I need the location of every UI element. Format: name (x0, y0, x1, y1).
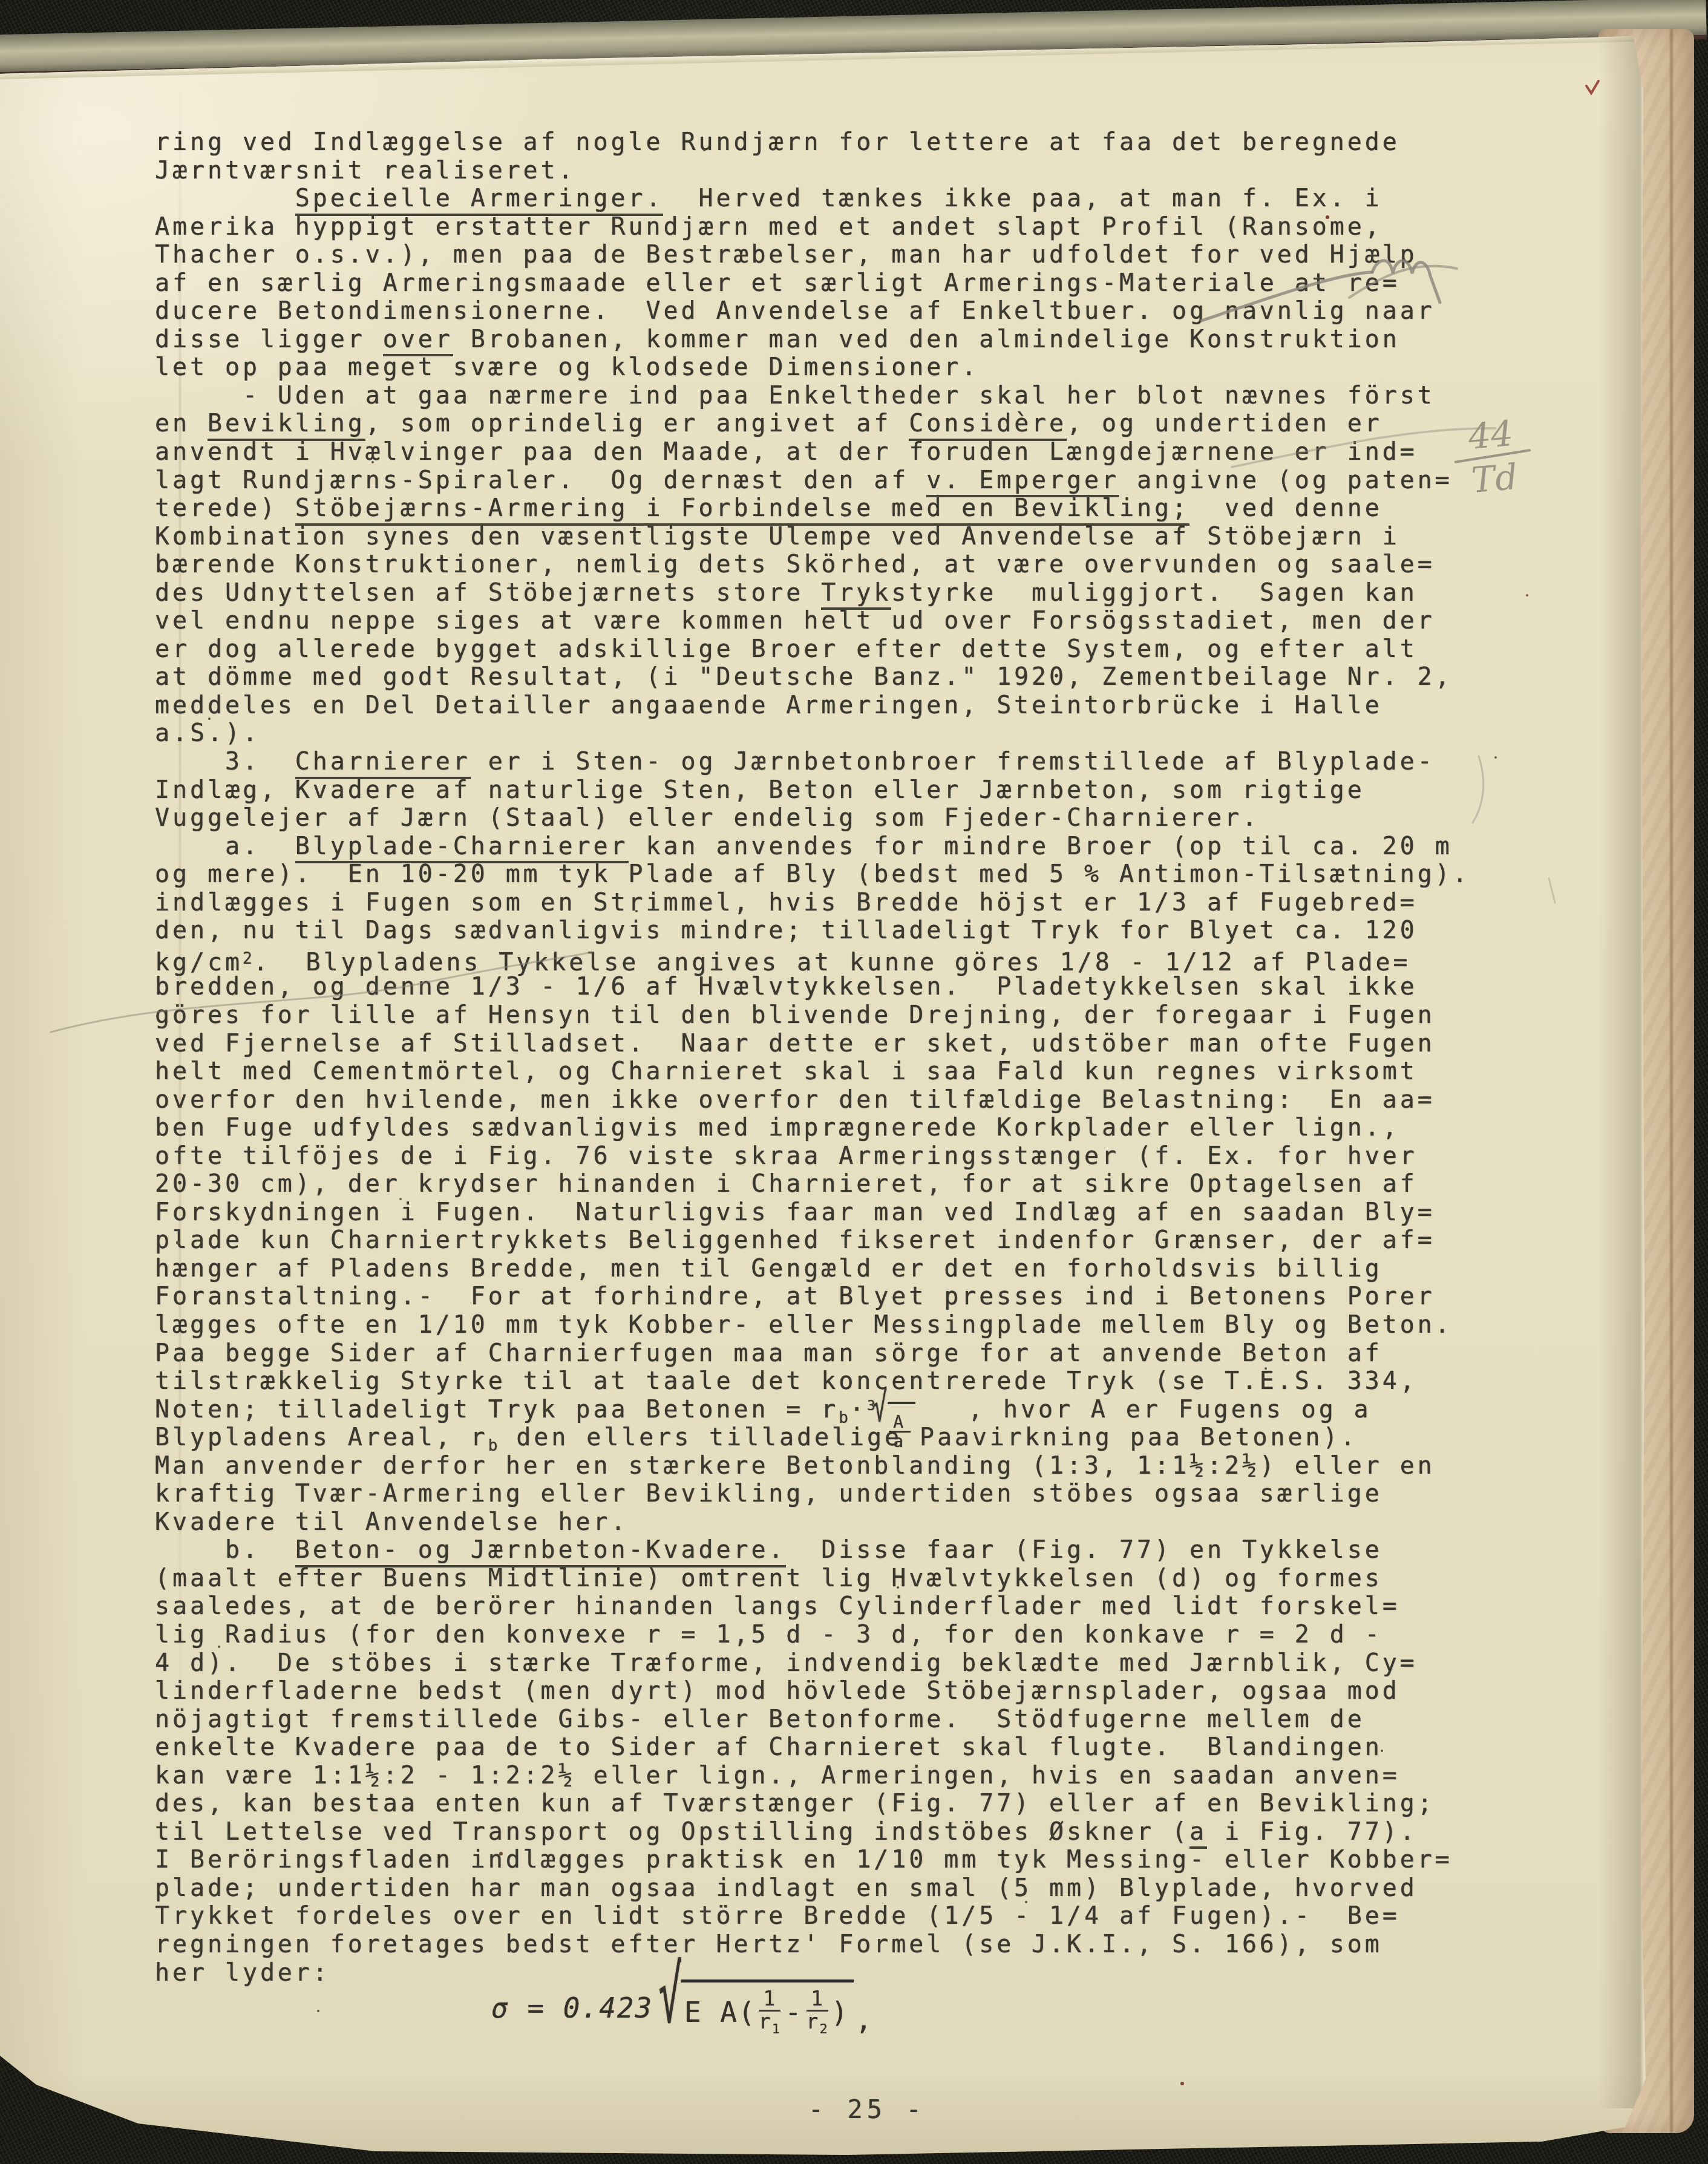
fraction-one-over-r2: 1 r2 (807, 1989, 829, 2036)
text-line: bredden, og denne 1/3 - 1/6 af Hvælvtykk… (155, 973, 1470, 1001)
fraction-one-over-r1: 1 r1 (759, 1989, 781, 2036)
text-line: kan være 1:1½:2 - 1:2:2½ eller lign., Ar… (155, 1762, 1470, 1790)
text-line: Jærntværsnit realiseret. (155, 157, 1470, 185)
text-line: plade kun Charniertrykkets Beliggenhed f… (155, 1226, 1470, 1255)
text-line: en Bevikling, som oprindelig er angivet … (155, 410, 1470, 438)
text-line: linderfladerne bedst (men dyrt) mod hövl… (155, 1677, 1470, 1705)
text-line: er dog allerede bygget adskillige Broer … (155, 635, 1470, 664)
text-line: lig Radius (for den konvexe r = 1,5 d - … (155, 1621, 1470, 1649)
text-line: des, kan bestaa enten kun af Tværstænger… (155, 1790, 1470, 1818)
text-line: og mere). En 10-20 mm tyk Plade af Bly (… (155, 860, 1470, 889)
text-line: til Lettelse ved Transport og Opstilling… (155, 1818, 1470, 1846)
text-line: bærende Konstruktioner, nemlig dets Skör… (155, 551, 1470, 579)
hertz-formula: σ = 0.423 √ E A( 1 r1 - 1 r2 ) , (491, 1979, 873, 2036)
text-line: ben Fuge udfyldes sædvanligvis med impræ… (155, 1114, 1470, 1142)
formula-radicand: E A( 1 r1 - 1 r2 ) (681, 1979, 854, 2036)
text-line: vel endnu neppe siges at være kommen hel… (155, 607, 1470, 635)
text-line: meddeles en Del Detailler angaaende Arme… (155, 691, 1470, 720)
text-line: a. Blyplade-Charnierer kan anvendes for … (155, 832, 1470, 861)
text-line: Thacher o.s.v.), men paa de Bestræbelser… (155, 241, 1470, 269)
page-edge-crease (1670, 29, 1673, 2133)
text-line: Kombination synes den væsentligste Ulemp… (155, 523, 1470, 551)
pencil-fraction-numerator: 44 (1467, 416, 1515, 454)
text-line: b. Beton- og Jærnbeton-Kvadere. Disse fa… (155, 1536, 1470, 1564)
typewritten-text: ring ved Indlæggelse af nogle Rundjærn f… (155, 128, 1470, 1987)
text-line: göres for lille af Hensyn til den bliven… (155, 1001, 1470, 1030)
pencil-fraction-denominator: Td (1470, 459, 1519, 498)
text-line: regningen foretages bedst efter Hertz' F… (155, 1930, 1470, 1959)
text-line: kraftig Tvær-Armering eller Bevikling, u… (155, 1480, 1470, 1508)
text-line: indlægges i Fugen som en Strimmel, hvis … (155, 889, 1470, 917)
text-line: ofte tilföjes de i Fig. 76 viste skraa A… (155, 1142, 1470, 1171)
text-line: ring ved Indlæggelse af nogle Rundjærn f… (155, 128, 1470, 157)
text-line: enkelte Kvadere paa de to Sider af Charn… (155, 1733, 1470, 1762)
page-right-edge-shadow (1598, 33, 1644, 2108)
text-line: anvendt i Hvælvinger paa den Maade, at d… (155, 438, 1470, 466)
text-line: 4 d). De stöbes i stærke Træforme, indve… (155, 1649, 1470, 1678)
text-line: kg/cm2. Blypladens Tykkelse angives at k… (155, 945, 1470, 973)
text-line: lagt Rundjærns-Spiraler. Og dernæst den … (155, 466, 1470, 495)
text-line: plade; undertiden har man ogsaa indlagt … (155, 1874, 1470, 1903)
text-line: - Uden at gaa nærmere ind paa Enkelthede… (155, 382, 1470, 410)
radicand-open: E A( (684, 1996, 756, 2028)
page-number: - 25 - (808, 2094, 926, 2124)
text-line: 3. Charnierer er i Sten- og Jærnbetonbro… (155, 748, 1470, 776)
text-line: let op paa meget svære og klodsede Dimen… (155, 353, 1470, 382)
text-line: saaledes, at de berörer hinanden langs C… (155, 1592, 1470, 1621)
text-line: overfor den hvilende, men ikke overfor d… (155, 1086, 1470, 1114)
text-line: disse ligger over Brobanen, kommer man v… (155, 325, 1470, 354)
text-line: Kvadere til Anvendelse her. (155, 1508, 1470, 1537)
document-page: ring ved Indlæggelse af nogle Rundjærn f… (0, 0, 1708, 2164)
text-line: a.S.). (155, 719, 1470, 748)
minus-sign: - (785, 1996, 803, 2028)
text-line: Forskydningen i Fugen. Naturligvis faar … (155, 1198, 1470, 1227)
text-line: Paa begge Sider af Charnierfugen maa man… (155, 1339, 1470, 1368)
formula-lead: σ = 0.423 (491, 1992, 653, 2024)
text-line: Trykket fordeles over en lidt större Bre… (155, 1902, 1470, 1930)
text-line: des Udnyttelsen af Stöbejærnets store Tr… (155, 579, 1470, 607)
text-line: lægges ofte en 1/10 mm tyk Kobber- eller… (155, 1311, 1470, 1339)
radical-sign-icon: √ (659, 1952, 684, 2042)
text-line: Foranstaltning.- For at forhindre, at Bl… (155, 1283, 1470, 1311)
text-line: (maalt efter Buens Midtlinie) omtrent li… (155, 1564, 1470, 1593)
text-line: Indlæg, Kvadere af naturlige Sten, Beton… (155, 776, 1470, 805)
text-line: ved Fjernelse af Stilladset. Naar dette … (155, 1030, 1470, 1058)
text-line: hænger af Pladens Bredde, men til Gengæl… (155, 1255, 1470, 1283)
text-line: I Beröringsfladen indlægges praktisk en … (155, 1846, 1470, 1874)
text-line: 20-30 cm), der krydser hinanden i Charni… (155, 1170, 1470, 1198)
text-line: helt med Cementmörtel, og Charnieret ska… (155, 1057, 1470, 1086)
text-line: Specielle Armeringer. Herved tænkes ikke… (155, 185, 1470, 213)
formula-tail: , (855, 2004, 873, 2036)
text-line: terede) Stöbejærns-Armering i Forbindels… (155, 494, 1470, 523)
text-line: af en særlig Armeringsmaade eller et sær… (155, 269, 1470, 298)
radicand-close: ) (831, 1996, 849, 2028)
text-line: Noten; tilladeligt Tryk paa Betonen = rb… (155, 1396, 1470, 1424)
text-line: ducere Betondimensionerne. Ved Anvendels… (155, 297, 1470, 325)
text-line: at dömme med godt Resultat, (i "Deutsche… (155, 663, 1470, 691)
text-line: Blypladens Areal, rb den ellers tilladel… (155, 1424, 1470, 1452)
text-line: Vuggelejer af Jærn (Staal) eller endelig… (155, 804, 1470, 832)
text-line: Amerika hyppigt erstatter Rundjærn med e… (155, 213, 1470, 241)
text-line: den, nu til Dags sædvanligvis mindre; ti… (155, 917, 1470, 945)
pencil-fraction-annotation: 44 Td (1444, 414, 1542, 500)
text-line: nöjagtigt fremstillede Gibs- eller Beton… (155, 1705, 1470, 1734)
text-line: Man anvender derfor her en stærkere Beto… (155, 1452, 1470, 1480)
text-line: tilstrækkelig Styrke til at taale det ko… (155, 1367, 1470, 1396)
